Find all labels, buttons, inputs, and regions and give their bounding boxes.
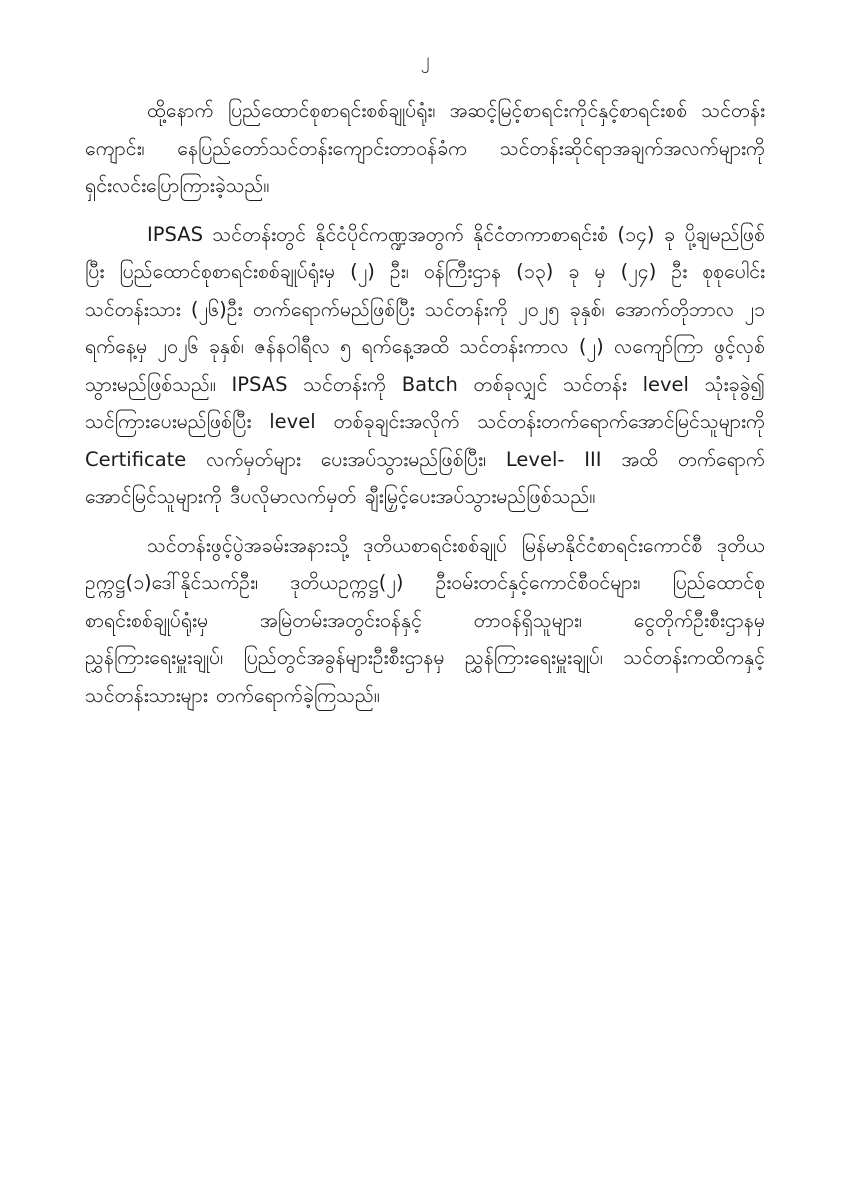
document-page: ၂ ထို့နောက် ပြည်ထောင်စုစာရင်းစစ်ချုပ်ရုံ… [0, 0, 849, 1200]
paragraph-2: IPSAS သင်တန်းတွင် နိုင်ငံပိုင်ကဏ္ဍအတွက် … [85, 216, 765, 516]
page-number: ၂ [85, 48, 765, 72]
paragraph-1: ထို့နောက် ပြည်ထောင်စုစာရင်းစစ်ချုပ်ရုံး၊… [85, 92, 765, 205]
paragraph-3: သင်တန်းဖွင့်ပွဲအခမ်းအနားသို့ ဒုတိယစာရင်း… [85, 527, 765, 715]
document-body: ထို့နောက် ပြည်ထောင်စုစာရင်းစစ်ချုပ်ရုံး၊… [85, 92, 765, 714]
